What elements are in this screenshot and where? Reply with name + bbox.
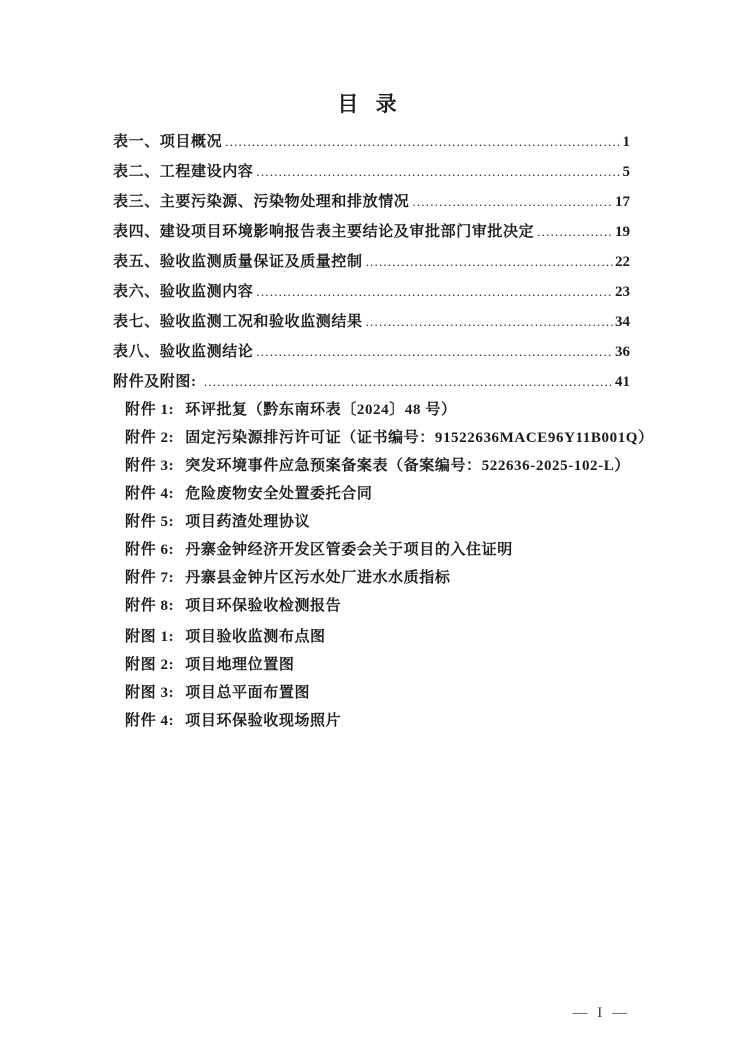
attachment-item: 附件 7:丹寨县金钟片区污水处厂进水水质指标	[125, 564, 680, 592]
toc-entry: 表二、工程建设内容...............................…	[113, 157, 630, 187]
figure-item-text: 项目地理位置图	[185, 651, 294, 679]
toc-entry-label: 表八、验收监测结论	[113, 337, 253, 367]
attachment-item: 附件 2:固定污染源排污许可证（证书编号：91522636MACE96Y11B0…	[125, 424, 680, 452]
toc-entry-page: 19	[615, 217, 630, 247]
attachment-item-label: 附件 7:	[125, 564, 174, 592]
page-number: — I —	[573, 1005, 631, 1021]
dot-leader: ........................................…	[204, 367, 613, 397]
dot-leader: ........................................…	[366, 247, 613, 277]
dot-leader: ........................................…	[537, 217, 613, 247]
toc-entry-label: 表一、项目概况	[113, 127, 222, 157]
attachment-list: 附件 1:环评批复（黔东南环表〔2024〕48 号）附件 2:固定污染源排污许可…	[125, 396, 680, 620]
toc-entry: 附件及附图: .................................…	[113, 367, 630, 397]
toc-entry-page: 23	[615, 277, 630, 307]
attachment-item: 附件 3:突发环境事件应急预案备案表（备案编号：522636-2025-102-…	[125, 452, 680, 480]
toc-entry-label: 表三、主要污染源、污染物处理和排放情况	[113, 187, 409, 217]
figure-item-text: 项目验收监测布点图	[185, 623, 325, 651]
toc-entry-label: 表五、验收监测质量保证及质量控制	[113, 247, 363, 277]
dot-leader: ........................................…	[225, 127, 620, 157]
attachment-item-text: 丹寨金钟经济开发区管委会关于项目的入住证明	[185, 536, 513, 564]
toc-entry: 表五、验收监测质量保证及质量控制........................…	[113, 247, 630, 277]
dot-leader: ........................................…	[256, 277, 613, 307]
toc-entry-label: 表二、工程建设内容	[113, 157, 253, 187]
attachment-item-text: 项目药渣处理协议	[185, 508, 310, 536]
toc-entry: 表四、建设项目环境影响报告表主要结论及审批部门审批决定.............…	[113, 217, 630, 247]
attachment-item-text: 环评批复（黔东南环表〔2024〕48 号）	[185, 396, 456, 424]
attachment-item-label: 附件 8:	[125, 592, 174, 620]
toc-entry-page: 1	[623, 127, 631, 157]
figure-item: 附图 1:项目验收监测布点图	[125, 623, 680, 651]
toc-entry: 表七、验收监测工况和验收监测结果........................…	[113, 307, 630, 337]
figure-list: 附图 1:项目验收监测布点图附图 2:项目地理位置图附图 3:项目总平面布置图附…	[125, 623, 680, 735]
dot-leader: ........................................…	[412, 187, 613, 217]
figure-item-text: 项目环保验收现场照片	[185, 707, 341, 735]
attachment-item: 附件 8:项目环保验收检测报告	[125, 592, 680, 620]
figure-item-label: 附图 1:	[125, 623, 174, 651]
toc-list: 表一、项目概况.................................…	[113, 127, 630, 397]
attachment-item-label: 附件 1:	[125, 396, 174, 424]
page-footer: — I —	[546, 988, 631, 1039]
dot-leader: ........................................…	[366, 307, 613, 337]
attachment-item-text: 固定污染源排污许可证（证书编号：91522636MACE96Y11B001Q）	[185, 424, 653, 452]
dot-leader: ........................................…	[256, 337, 613, 367]
attachment-item-text: 项目环保验收检测报告	[185, 592, 341, 620]
figure-item-label: 附图 2:	[125, 651, 174, 679]
toc-entry-page: 41	[615, 367, 630, 397]
attachment-item-label: 附件 5:	[125, 508, 174, 536]
toc-entry-page: 17	[615, 187, 630, 217]
toc-entry-page: 36	[615, 337, 630, 367]
toc-entry-label: 表六、验收监测内容	[113, 277, 253, 307]
attachment-item: 附件 1:环评批复（黔东南环表〔2024〕48 号）	[125, 396, 680, 424]
toc-entry-page: 34	[615, 307, 630, 337]
page-title: 目 录	[0, 88, 740, 118]
toc-entry-label: 附件及附图:	[113, 367, 201, 397]
toc-entry: 表一、项目概况.................................…	[113, 127, 630, 157]
attachment-item-label: 附件 2:	[125, 424, 174, 452]
toc-entry-label: 表四、建设项目环境影响报告表主要结论及审批部门审批决定	[113, 217, 534, 247]
document-page: 目 录 表一、项目概况.............................…	[0, 0, 740, 1046]
toc-entry: 表六、验收监测内容...............................…	[113, 277, 630, 307]
figure-item: 附图 2:项目地理位置图	[125, 651, 680, 679]
toc-entry: 表三、主要污染源、污染物处理和排放情况.....................…	[113, 187, 630, 217]
figure-item-label: 附图 3:	[125, 679, 174, 707]
attachment-item-label: 附件 3:	[125, 452, 174, 480]
toc-entry-label: 表七、验收监测工况和验收监测结果	[113, 307, 363, 337]
attachment-item-text: 突发环境事件应急预案备案表（备案编号：522636-2025-102-L）	[185, 452, 630, 480]
toc-entry-page: 5	[623, 157, 631, 187]
attachment-item: 附件 4:危险废物安全处置委托合同	[125, 480, 680, 508]
dot-leader: ........................................…	[256, 157, 620, 187]
figure-item-label: 附件 4:	[125, 707, 174, 735]
toc-entry-page: 22	[615, 247, 630, 277]
figure-item: 附件 4:项目环保验收现场照片	[125, 707, 680, 735]
figure-item: 附图 3:项目总平面布置图	[125, 679, 680, 707]
attachment-item-label: 附件 4:	[125, 480, 174, 508]
figure-item-text: 项目总平面布置图	[185, 679, 310, 707]
attachment-item: 附件 6:丹寨金钟经济开发区管委会关于项目的入住证明	[125, 536, 680, 564]
attachment-item: 附件 5:项目药渣处理协议	[125, 508, 680, 536]
attachment-item-text: 危险废物安全处置委托合同	[185, 480, 372, 508]
attachment-item-label: 附件 6:	[125, 536, 174, 564]
toc-entry: 表八、验收监测结论...............................…	[113, 337, 630, 367]
attachment-item-text: 丹寨县金钟片区污水处厂进水水质指标	[185, 564, 450, 592]
